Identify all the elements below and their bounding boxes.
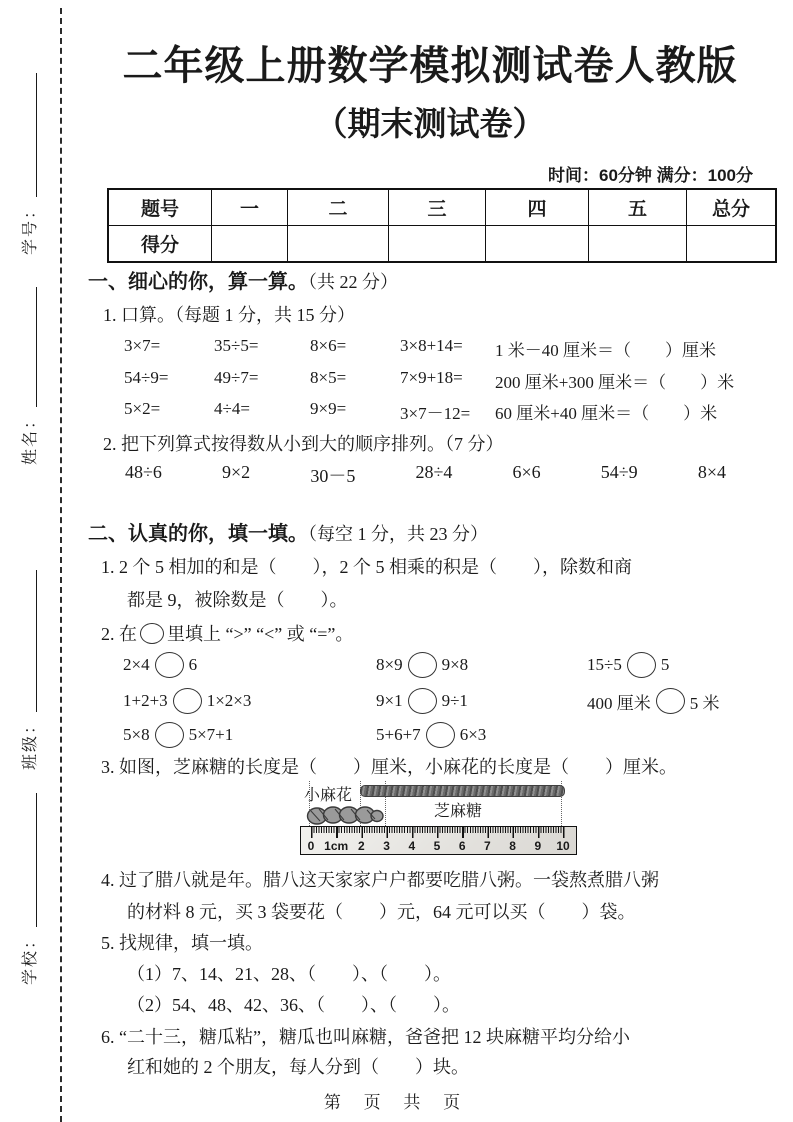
score-col-1: 一	[212, 189, 288, 226]
score-cell-3	[389, 226, 486, 263]
ruler-number: 6	[459, 839, 466, 853]
s2-q6-line1: 6. “二十三，糖瓜粘”，糖瓜也叫麻糖，爸爸把 12 块麻糖平均分给小	[101, 1023, 630, 1049]
score-cell-1	[212, 226, 288, 263]
oral-expression: 3×7－12=	[400, 399, 495, 424]
score-col-2: 二	[288, 189, 389, 226]
name-field: 姓名：	[16, 287, 40, 465]
s2-q5-item2: （2）54、48、42、36、（ ）、（ ）。	[127, 991, 460, 1017]
oral-calc-row-2: 54÷9= 49÷7= 8×5= 7×9+18= 200 厘米+300 厘米＝（…	[124, 368, 734, 393]
sort-expression: 6×6	[513, 462, 541, 488]
compare-row-1: 2×46 8×99×8 15÷55	[123, 652, 669, 678]
s2-q2-label: 2. 在里填上 “>” “<” 或 “=”。	[101, 620, 353, 646]
school-label: 学校：	[17, 931, 40, 985]
name-label: 姓名：	[17, 411, 40, 465]
seal-dashed-line	[60, 8, 62, 1122]
ruler-number: 1cm	[324, 839, 348, 853]
fill-circle-icon	[140, 623, 164, 644]
student-id-field: 学号：	[16, 73, 40, 255]
compare-item: 1+2+31×2×3	[123, 688, 251, 714]
oral-expression: 3×8+14=	[400, 336, 495, 361]
dough-twist-illustration	[306, 803, 386, 827]
compare-circle	[656, 688, 685, 714]
compare-circle	[155, 722, 184, 748]
s2-q1-line2: 都是 9，被除数是（ ）。	[127, 586, 348, 612]
oral-calc-row-1: 3×7= 35÷5= 8×6= 3×8+14= 1 米－40 厘米＝（ ）厘米	[124, 336, 716, 361]
score-col-3: 三	[389, 189, 486, 226]
oral-expression: 8×5=	[310, 368, 400, 393]
class-blank	[36, 570, 37, 712]
section2-points-note: （每空 1 分，共 23 分）	[308, 524, 488, 544]
score-cell-total	[687, 226, 777, 263]
section1-points-note: （共 22 分）	[308, 272, 398, 292]
page-footer: 第 页 共 页	[0, 1088, 793, 1113]
test-paper-page: 学号： 姓名： 班级： 学校： 二年级上册数学模拟测试卷人教版 （期末测试卷） …	[0, 0, 793, 1122]
compare-item: 2×46	[123, 652, 197, 678]
compare-circle	[173, 688, 202, 714]
s2-q6-line2: 红和她的 2 个朋友，每人分到（ ）块。	[127, 1053, 469, 1079]
ruler-figure: 芝麻糖 小麻花 0 1cm 2 3 4 5 6 7 8	[296, 779, 580, 863]
score-col-5: 五	[589, 189, 687, 226]
compare-item: 9×19÷1	[376, 688, 468, 714]
s2-q4-line2: 的材料 8 元，买 3 袋要花（ ）元，64 元可以买（ ）袋。	[127, 898, 636, 924]
ruler-number: 9	[534, 839, 541, 853]
sort-expression: 8×4	[698, 462, 726, 488]
oral-expression: 60 厘米+40 厘米＝（ ）米	[495, 399, 717, 424]
sesame-candy-illustration	[360, 785, 565, 797]
time-score-info: 时间：60分钟 满分：100分	[100, 161, 753, 186]
s2-q2-suffix: 里填上 “>” “<” 或 “=”。	[167, 624, 353, 644]
s2-q1-line1: 1. 2 个 5 相加的和是（ ），2 个 5 相乘的积是（ ），除数和商	[101, 553, 632, 579]
oral-expression: 1 米－40 厘米＝（ ）厘米	[495, 336, 716, 361]
score-table-header-row: 题号 一 二 三 四 五 总分	[108, 189, 776, 226]
class-field: 班级：	[16, 570, 40, 770]
oral-expression: 7×9+18=	[400, 368, 495, 393]
ruler: 0 1cm 2 3 4 5 6 7 8 9 10	[300, 826, 577, 855]
name-blank	[36, 287, 37, 407]
s2-q5-label: 5. 找规律，填一填。	[101, 929, 263, 955]
dough-twist-label: 小麻花	[304, 782, 352, 805]
score-col-4: 四	[486, 189, 589, 226]
page-subtitle: （期末测试卷）	[100, 98, 760, 145]
oral-expression: 54÷9=	[124, 368, 214, 393]
ruler-number: 5	[434, 839, 441, 853]
score-cell-2	[288, 226, 389, 263]
school-field: 学校：	[16, 793, 40, 985]
score-cell-4	[486, 226, 589, 263]
ruler-number: 10	[556, 839, 569, 853]
sort-expression: 28÷4	[415, 462, 452, 488]
section1-title: 一、细心的你，算一算。	[88, 271, 308, 293]
compare-row-3: 5×85×7+1 5+6+76×3	[123, 722, 587, 748]
ruler-number: 2	[358, 839, 365, 853]
oral-expression: 5×2=	[124, 399, 214, 424]
compare-circle	[627, 652, 656, 678]
ruler-number: 8	[509, 839, 516, 853]
sort-expression: 54÷9	[601, 462, 638, 488]
oral-expression: 35÷5=	[214, 336, 310, 361]
compare-circle	[426, 722, 455, 748]
ruler-number: 0	[308, 839, 315, 853]
student-id-label: 学号：	[17, 201, 40, 255]
ruler-number: 3	[383, 839, 390, 853]
oral-expression: 49÷7=	[214, 368, 310, 393]
compare-item: 5×85×7+1	[123, 722, 233, 748]
compare-item: 15÷55	[587, 652, 669, 678]
oral-expression: 200 厘米+300 厘米＝（ ）米	[495, 368, 734, 393]
sort-expression: 30－5	[310, 462, 355, 488]
s2-q2-prefix: 2. 在	[101, 624, 137, 644]
compare-row-2: 1+2+31×2×3 9×19÷1 400 厘米5 米	[123, 688, 720, 714]
school-blank	[36, 793, 37, 927]
sort-expression: 48÷6	[125, 462, 162, 488]
compare-item: 400 厘米5 米	[587, 688, 720, 714]
score-col-header: 题号	[108, 189, 212, 226]
oral-expression: 4÷4=	[214, 399, 310, 424]
section2-title: 二、认真的你，填一填。	[88, 523, 308, 545]
student-id-blank	[36, 73, 37, 197]
score-table: 题号 一 二 三 四 五 总分 得分	[107, 188, 777, 263]
oral-expression: 9×9=	[310, 399, 400, 424]
compare-circle	[408, 652, 437, 678]
compare-circle	[155, 652, 184, 678]
ruler-number: 4	[408, 839, 415, 853]
q1-label: 1. 口算。（每题 1 分，共 15 分）	[103, 301, 355, 327]
score-col-total: 总分	[687, 189, 777, 226]
sorting-expressions-row: 48÷6 9×2 30－5 28÷4 6×6 54÷9 8×4	[125, 462, 726, 488]
score-table-score-row: 得分	[108, 226, 776, 263]
class-label: 班级：	[17, 716, 40, 770]
compare-item: 8×99×8	[376, 652, 468, 678]
sort-expression: 9×2	[222, 462, 250, 488]
oral-expression: 3×7=	[124, 336, 214, 361]
score-cell-5	[589, 226, 687, 263]
section2-heading: 二、认真的你，填一填。（每空 1 分，共 23 分）	[88, 517, 488, 546]
compare-circle	[408, 688, 437, 714]
oral-expression: 8×6=	[310, 336, 400, 361]
ruler-number: 7	[484, 839, 491, 853]
s2-q4-line1: 4. 过了腊八就是年。腊八这天家家户户都要吃腊八粥。一袋熬煮腊八粥	[101, 866, 659, 892]
oral-calc-row-3: 5×2= 4÷4= 9×9= 3×7－12= 60 厘米+40 厘米＝（ ）米	[124, 399, 717, 424]
page-title: 二年级上册数学模拟测试卷人教版	[100, 34, 760, 91]
ruler-mm-ticks	[311, 827, 565, 833]
q2-label: 2. 把下列算式按得数从小到大的顺序排列。（7 分）	[103, 430, 504, 456]
s2-q5-item1: （1）7、14、21、28、（ ）、（ ）。	[127, 960, 451, 986]
section1-heading: 一、细心的你，算一算。（共 22 分）	[88, 265, 398, 294]
sesame-candy-label: 芝麻糖	[434, 798, 482, 821]
score-row-label: 得分	[108, 226, 212, 263]
s2-q3-label: 3. 如图，芝麻糖的长度是（ ）厘米，小麻花的长度是（ ）厘米。	[101, 753, 677, 779]
compare-item: 5+6+76×3	[376, 722, 486, 748]
